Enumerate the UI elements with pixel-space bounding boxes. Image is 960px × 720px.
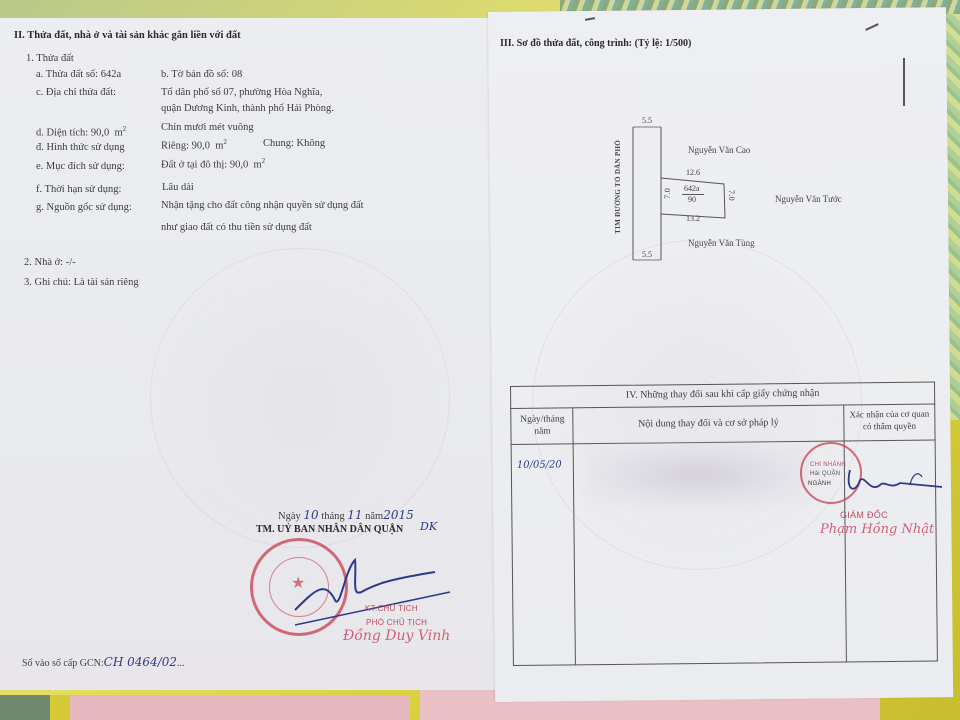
dim-left-edge: 7.0 [663,188,672,199]
usage-form-private: Riêng: 90,0 m2 [161,138,227,152]
issue-day: 10 [303,508,318,522]
issue-date: Ngày 10 tháng 11 năm2015 [278,508,414,522]
ruler-mark [903,58,905,106]
map-sheet-value: 08 [232,69,243,80]
parcel-area-diagram: 90 [688,195,696,204]
branch-signer-name: Phạm Hồng Nhật [820,522,934,537]
branch-signer-role: GIÁM ĐỐC [840,510,888,520]
change-date: 10/05/20 [517,459,562,470]
term-value: Lâu dài [162,182,194,193]
signer-name-district: Đồng Duy Vinh [343,628,450,644]
house-info: 2. Nhà ở: -/- [24,257,76,268]
registry-number: Số vào sổ cấp GCN:CH 0464/02... [22,655,184,669]
origin-label: g. Nguồn gốc sử dụng: [36,202,132,213]
pink-certificate-edge-left [70,695,410,720]
registry-value: CH 0464/02 [104,655,177,669]
area-in-words: Chín mươi mét vuông [161,122,254,133]
subsection-land-parcel: 1. Thửa đất [26,53,74,64]
section-ii-title: II. Thửa đất, nhà ở và tài sản khác gắn … [14,30,241,41]
area-value: 90,0 [91,128,109,139]
parcel-number-diagram: 642a [684,184,700,193]
usage-form-shared: Chung: Không [263,138,325,149]
parcel-diagram: 5.5 5.5 TIM ĐƯỜNG TỔ DÂN PHỐ 12.6 13.2 7… [612,112,892,272]
issuing-authority: TM. UỶ BAN NHÂN DÂN QUẬN [256,524,403,535]
parcel-number-value: 642a [101,69,121,80]
purpose-label: e. Mục đích sử dụng: [36,161,125,172]
origin-line-1: Nhận tặng cho đất công nhận quyền sử dụn… [161,200,364,211]
address-label: c. Địa chỉ thửa đất: [36,87,116,98]
term-label: f. Thời hạn sử dụng: [36,184,121,195]
street-label: TIM ĐƯỜNG TỔ DÂN PHỐ [614,140,622,234]
authority-handwritten: DK [420,520,437,533]
dim-bottom-width: 5.5 [642,250,652,259]
neighbor-east: Nguyễn Văn Tước [775,194,842,204]
neighbor-north: Nguyễn Văn Cao [688,145,750,155]
issue-year: 2015 [383,508,414,522]
signer-role-1: KT.CHỦ TỊCH [365,604,418,613]
signer-role-2: PHÓ CHỦ TỊCH [366,618,427,627]
dim-top-width: 5.5 [642,116,652,125]
section-iii-title: III. Sơ đồ thửa đất, công trình: (Tỷ lệ:… [500,38,691,49]
signature-branch [830,465,950,505]
dim-bottom-edge: 13.2 [686,214,700,223]
origin-line-2: như giao đất có thu tiền sử dụng đất [161,222,312,233]
redacted-content [588,445,808,505]
dim-top-edge: 12.6 [686,168,700,177]
address-line-1: Tổ dân phố số 07, phường Hòa Nghĩa, [161,87,322,98]
dim-right-edge: 7.0 [727,190,736,201]
watermark-emblem [150,248,450,548]
issue-month: 11 [347,508,362,522]
usage-form-label: đ. Hình thức sử dụng [36,142,125,153]
address-line-2: quận Dương Kinh, thành phố Hải Phòng. [161,103,334,114]
column-header-confirmation: Xác nhận của cơ quan có thẩm quyền [844,408,934,433]
note-info: 3. Ghi chú: Là tài sản riêng [24,277,139,288]
purpose-value: Đất ở tại đô thị: 90,0 m2 [161,157,265,171]
column-header-date: Ngày/tháng năm [512,413,572,438]
neighbor-south: Nguyễn Văn Tùng [688,238,755,248]
area-label: d. Diện tích: 90,0 m2 [36,125,126,139]
parcel-number-label: a. Thửa đất số: 642a [36,69,121,80]
map-sheet-label: b. Tờ bản đồ số: 08 [161,69,242,80]
